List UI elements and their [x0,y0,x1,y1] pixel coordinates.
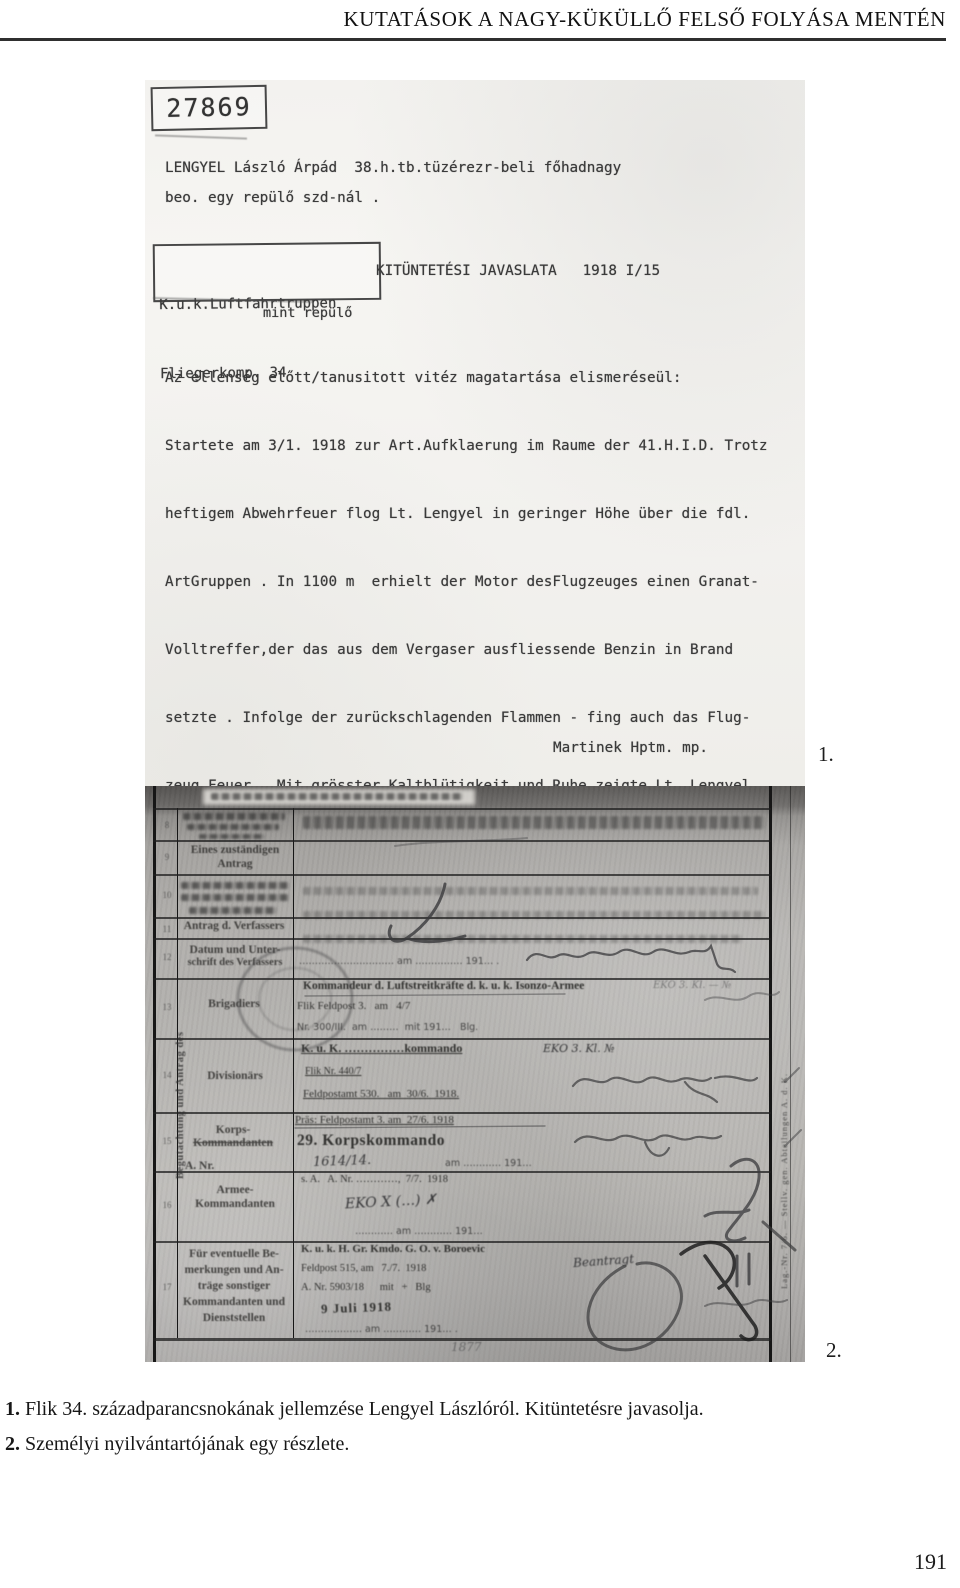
caption-line-2: 2. Személyi nyilvántartójának egy részle… [5,1427,865,1462]
handwritten-entry: EKO 3. Kl. № [543,1042,615,1055]
stamp-underline [155,134,247,139]
left-margin-rotated-text: Begutachtung und Antrag des [175,992,190,1218]
signature-line: Martinek Hptm. mp. [553,740,708,756]
handwritten-entry: EKO X (…) ✗ [345,1192,437,1213]
document-title-line: KITÜNTETÉSI JAVASLATA 1918 I/15 [376,263,660,279]
page-header-title: KUTATÁSOK A NAGY-KÜKÜLLŐ FELSŐ FOLYÁSA M… [344,7,946,32]
body-line: heftigem Abwehrfeuer flog Lt. Lengyel in… [165,499,768,529]
row-number: 10 [158,890,176,900]
handwritten-marks [737,1254,749,1286]
body-line: setzte . Infolge der zurückschlagenden F… [165,703,768,733]
form-entry: Feldpost 515, am 7./7. 1918 [301,1263,426,1274]
handwritten-signature [527,946,735,972]
form-label-line: merkungen und An- [177,1262,291,1278]
row-number: 13 [158,1002,176,1012]
row-line [153,808,771,810]
dotted-entry-line: ………………………… am …………… 191… . [299,956,499,967]
form-label: schrift des Verfassers [175,957,295,968]
form-entry: Feldpostamt 530. am 30/6. 1918. [303,1088,459,1100]
illegible-entry-smudge [303,816,765,829]
unit-stamp-text: Kommandeur d. Luftstreitkräfte d. k. u. … [303,980,584,992]
dotted-entry-line: am ………… 191… [445,1158,532,1169]
row-line [153,874,771,876]
row-number: 9 [158,852,176,862]
handwritten-signature [705,992,779,1000]
dotted-entry-line: Nr. 300/III. am ……… mit 191… Blg. [297,1022,478,1033]
form-label: Für eventuelle Be- merkungen und An- trä… [177,1246,291,1326]
dotted-entry-line: ……………… am ………… 191… . [305,1324,458,1335]
caption-text-2: Személyi nyilvántartójának egy részlete. [20,1433,349,1455]
illegible-label-smudge [181,882,289,889]
illegible-entry-smudge [303,911,765,919]
handwritten-entry: 1877 [451,1340,482,1354]
row-line [153,1112,771,1114]
officer-name-line: LENGYEL László Árpád 38.h.tb.tüzérezr-be… [165,160,621,176]
body-line: Startete am 3/1. 1918 zur Art.Aufklaerun… [165,431,768,461]
unit-stamp-text: 29. Korpskommando [297,1132,445,1150]
figure-2-scan: 8 9 10 11 12 13 14 15 16 17 Begutachtung… [145,786,805,1362]
figure-caption: 1. Flik 34. századparancsnokának jellemz… [5,1392,865,1462]
row-line [153,1171,771,1173]
handwritten-oval [588,1263,681,1350]
inserted-words: mint repülő [263,305,352,321]
right-margin-rotated-text: Lag.-Nr. 7/6. — Stellv. gen. Abteilungen… [779,1016,792,1346]
form-entry: Präs: Feldpostamt 3. am 27/6. 1918 [295,1114,454,1126]
form-label-line: Dienststellen [177,1310,291,1326]
body-line: Volltreffer,der das aus dem Vergaser aus… [165,635,768,665]
row-number: 8 [158,820,176,830]
illegible-text-smudge [211,793,463,800]
illegible-entry-smudge [303,935,743,943]
caption-text-1: Flik 34. századparancsnokának jellemzése… [20,1398,704,1420]
illegible-entry-smudge [303,887,758,895]
page-number: 191 [914,1549,947,1575]
form-label: Eines zuständigen [183,844,287,856]
book-page: KUTATÁSOK A NAGY-KÜKÜLLŐ FELSŐ FOLYÁSA M… [0,0,960,1588]
handwritten-signature [705,1300,787,1306]
figure-1-scan: 27869 LENGYEL László Árpád 38.h.tb.tüzér… [145,80,805,786]
row-line [153,840,771,842]
form-label: Korps- [193,1124,273,1136]
handwritten-entry: EKO 3. Kl. — № [653,980,731,991]
row-number: 14 [158,1070,176,1080]
handwritten-signature [681,1242,757,1339]
figure-2-label: 2. [826,1338,842,1363]
assignment-line: beo. egy repülő szd-nál . [165,190,380,206]
header-rule [0,38,946,41]
label-column-line [293,808,294,1338]
form-entry: A. Nr. 5903/18 mit + Blg [301,1282,431,1293]
form-left-border [153,786,156,1362]
underline-stroke [295,1126,545,1128]
underline-stroke [305,994,565,996]
handwritten-signature [573,1076,757,1102]
form-label: Kommandanten [177,1137,289,1149]
illegible-label-smudge [199,834,265,839]
form-label: Antrag d. Verfassers [179,920,289,932]
archive-number-stamp: 27869 [151,85,268,131]
illegible-label-smudge [183,813,285,820]
form-label: Kommandanten [181,1198,289,1210]
dotted-entry-line: ………… am ………… 191… [355,1226,483,1237]
form-label: Datum und Unter- [179,944,291,956]
form-right-border [769,786,772,1362]
body-line: Az ellenség előtt/tanusitott vitéz magat… [165,363,768,393]
form-entry: Flik Feldpost 3. am 4/7 [297,1000,410,1012]
handwritten-entry: 1614/14. [313,1153,372,1170]
form-label: Brigadiers [189,998,279,1010]
row-line [153,1038,771,1040]
row-number: 15 [158,1136,176,1146]
illegible-label-smudge [181,894,289,901]
form-entry: s. A. A. Nr. …………, 7/7. 1918 [301,1174,448,1185]
form-entry: Flik Nr. 440/7 [305,1066,361,1077]
date-stamp: 9 Juli 1918 [321,1299,392,1317]
form-label-line: träge sonstiger [177,1278,291,1294]
row-number: 11 [158,924,176,934]
figure-1-label: 1. [818,742,834,767]
row-number: 17 [158,1282,176,1292]
caption-line-1: 1. Flik 34. századparancsnokának jellemz… [5,1392,865,1427]
form-label: Divisionärs [185,1070,285,1082]
row-number: 16 [158,1200,176,1210]
form-label-line: Für eventuelle Be- [177,1246,291,1262]
form-label: Antrag [183,858,287,870]
handwritten-entry: Beantragt [573,1252,635,1270]
illegible-label-smudge [189,907,277,914]
unit-stamp-text: K. u. K. ……………kommando [301,1041,462,1056]
unit-stamp-text: K. u. k. H. Gr. Kmdo. G. O. v. Boroevic [301,1243,485,1255]
unit-stamp: K.u.k.Luftfahrtruppen Fliegerkomp. 34 [153,242,382,302]
form-label: Armee- [195,1184,275,1196]
caption-number-1: 1. [5,1398,20,1420]
handwritten-signature [575,1135,721,1155]
row-number: 12 [158,952,176,962]
caption-number-2: 2. [5,1433,20,1455]
form-label: A. Nr. [185,1160,245,1172]
form-label-line: Kommandanten und [177,1294,291,1310]
body-line: ArtGruppen . In 1100 m erhielt der Motor… [165,567,768,597]
illegible-label-smudge [187,824,279,830]
